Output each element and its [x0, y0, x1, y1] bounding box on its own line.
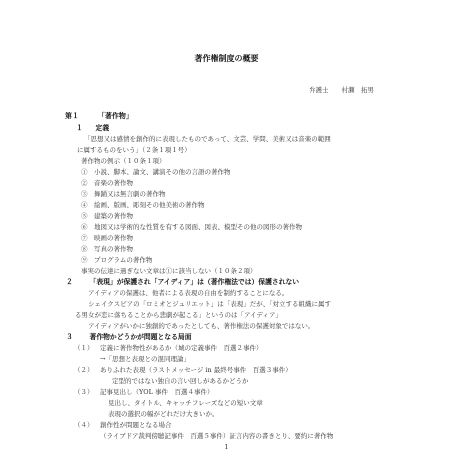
subsection-2-line: る男女が恋に落ちることから悲劇が起こる」というのは「アイディア」 — [75, 311, 282, 319]
examples-intro: 著作物の例示（１０条１項） — [81, 157, 166, 165]
facts-note: 事実の伝達に過ぎない文章は①に該当しない（１０条２項） — [81, 267, 257, 275]
example-item: ① 小説、脚本、論文、講演その他の言語の著作物 — [81, 168, 231, 176]
subsection-3-item: →「思想と表現との混同理論」 — [100, 355, 190, 363]
example-item: ④ 絵画、版画、彫刻その他美術の著作物 — [81, 201, 205, 209]
subsection-2-heading: ２ 「表現」が保護され「アイディア」は（著作権法では）保護されない — [66, 278, 299, 286]
subsection-1-number: １ — [76, 124, 83, 132]
author-line: 弁護士 村瀬 拓男 — [309, 85, 374, 94]
subsection-2-line: アイディアがいかに独創的であったとしても、著作権法の保護対象ではない。 — [88, 322, 314, 330]
definition-line-1: 「思想又は感情を創作的に表現したものであって、文芸、学問、美術又は音楽の範囲 — [84, 135, 331, 143]
example-item: ③ 舞踊又は無言劇の著作物 — [81, 190, 166, 198]
example-item: ⑤ 建築の著作物 — [81, 212, 133, 220]
document-page: 著作権制度の概要 弁護士 村瀬 拓男 第１ 「著作物」 １ 定義 「思想又は感情… — [0, 0, 453, 453]
example-item: ⑨ プログラムの著作物 — [81, 256, 152, 264]
section-1-heading: 第１ 「著作物」 — [65, 112, 133, 120]
subsection-3-item: 見出し、タイトル、キャッチフレーズなどの短い文章 — [108, 399, 263, 407]
subsection-3-item: （３）記事見出し（YOL 事件 百選４事件） — [74, 388, 214, 396]
section-1-title: 「著作物」 — [98, 112, 133, 120]
subsection-3-heading: ３ 著作物かどうかが問題となる局面 — [66, 333, 192, 341]
subsection-3-item: （１）定義に著作物性があるか（城の定義事件 百選２事件） — [74, 344, 263, 352]
subsection-3-item: 表現の選択の幅がどれだけ大きいか。 — [108, 410, 219, 418]
subsection-2-line: シェイクスピアの「ロミオとジュリエット」は「表現」だが、「対立する組織に属す — [88, 300, 331, 308]
subsection-2-number: ２ — [66, 278, 73, 286]
definition-line-2: に属するものをいう」（２条１項１号） — [77, 146, 191, 154]
subsection-3-title: 著作物かどうかが問題となる局面 — [90, 333, 192, 341]
subsection-2-line: アイディアの保護は、他者による表現の自由を制約することになる。 — [88, 289, 288, 297]
subsection-1-title: 定義 — [96, 124, 110, 132]
document-title: 著作権制度の概要 — [0, 53, 453, 64]
subsection-1-heading: １ 定義 — [76, 124, 109, 132]
subsection-3-item: （４）創作性が問題となる場合 — [74, 421, 172, 429]
example-item: ② 音楽の著作物 — [81, 179, 133, 187]
subsection-3-item: 定型的ではない独自の言い回しがあるかどうか — [112, 377, 249, 385]
example-item: ⑧ 写真の著作物 — [81, 245, 133, 253]
subsection-3-item: （２）ありふれた表現（ラストメッセージ in 最終号事件 百選３事件） — [74, 366, 292, 374]
subsection-2-title: 「表現」が保護され「アイディア」は（著作権法では）保護されない — [90, 278, 300, 286]
section-1-number: 第１ — [65, 112, 79, 120]
example-item: ⑦ 映画の著作物 — [81, 234, 133, 242]
subsection-3-item: （ライブドア裁判傍聴記事件 百選５事件）証言内容の書きとり、要約に著作物 — [100, 432, 333, 440]
page-number: 1 — [0, 443, 453, 451]
example-item: ⑥ 地図又は学術的な性質を有する図面、図表、模型その他の図形の著作物 — [81, 223, 302, 231]
subsection-3-number: ３ — [66, 333, 73, 341]
